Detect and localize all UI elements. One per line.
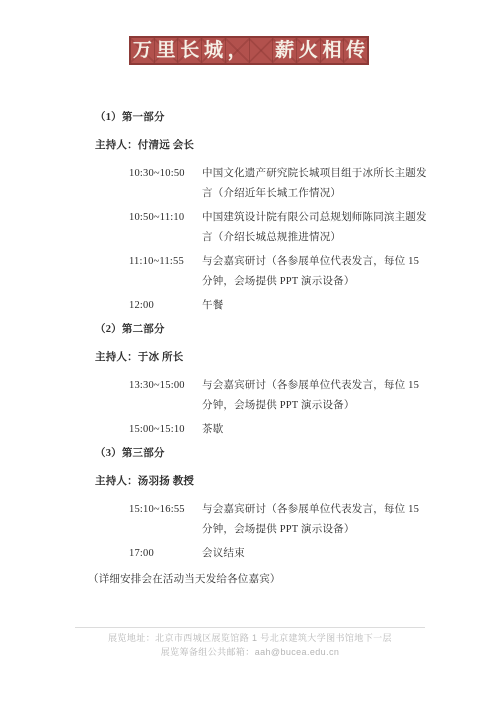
footer-divider — [75, 627, 425, 628]
item-desc: 与会嘉宾研讨（各参展单位代表发言，每位 15 分钟，会场提供 PPT 演示设备） — [202, 252, 432, 292]
banner-grid-cell: 万 — [131, 38, 155, 63]
section-items: 13:30~15:00 与会嘉宾研讨（各参展单位代表发言，每位 15 分钟，会场… — [95, 376, 435, 440]
section-items: 10:30~10:50 中国文化遗产研究院长城项目组于冰所长主题发言（介绍近年长… — [95, 164, 435, 316]
banner-character: 长 — [180, 38, 199, 63]
section-heading: （3）第三部分 — [95, 444, 435, 464]
section-items: 15:10~16:55 与会嘉宾研讨（各参展单位代表发言，每位 15 分钟，会场… — [95, 500, 435, 564]
item-time: 15:10~16:55 — [129, 500, 202, 540]
agenda-item: 11:10~11:55 与会嘉宾研讨（各参展单位代表发言，每位 15 分钟，会场… — [129, 252, 435, 292]
banner-grid-cell — [250, 38, 274, 63]
banner-character: ， — [228, 38, 247, 63]
agenda-section: （3）第三部分 主持人：汤羽扬 教授 15:10~16:55 与会嘉宾研讨（各参… — [95, 444, 435, 564]
banner-character: 里 — [157, 38, 176, 63]
agenda-item: 12:00 午餐 — [129, 296, 435, 316]
banner-character: 传 — [346, 38, 365, 63]
item-desc: 会议结束 — [202, 544, 432, 564]
host-line: 主持人：汤羽扬 教授 — [95, 472, 435, 492]
banner-grid-cell: 火 — [297, 38, 321, 63]
item-desc: 中国建筑设计院有限公司总规划师陈同滨主题发言（介绍长城总规推进情况） — [202, 208, 432, 248]
agenda-item: 10:30~10:50 中国文化遗产研究院长城项目组于冰所长主题发言（介绍近年长… — [129, 164, 435, 204]
section-heading: （2）第二部分 — [95, 320, 435, 340]
host-line: 主持人：付清远 会长 — [95, 136, 435, 156]
item-desc: 与会嘉宾研讨（各参展单位代表发言，每位 15 分钟，会场提供 PPT 演示设备） — [202, 500, 432, 540]
item-time: 11:10~11:55 — [129, 252, 202, 292]
banner-character: 薪 — [275, 38, 294, 63]
banner-grid-cell: 相 — [321, 38, 345, 63]
item-desc: 茶歇 — [202, 420, 432, 440]
agenda-item: 15:10~16:55 与会嘉宾研讨（各参展单位代表发言，每位 15 分钟，会场… — [129, 500, 435, 540]
item-time: 13:30~15:00 — [129, 376, 202, 416]
banner-grid-cell: 里 — [155, 38, 179, 63]
section-heading: （1）第一部分 — [95, 108, 435, 128]
item-desc: 与会嘉宾研讨（各参展单位代表发言，每位 15 分钟，会场提供 PPT 演示设备） — [202, 376, 432, 416]
banner-grid-cell: 长 — [178, 38, 202, 63]
item-time: 10:50~11:10 — [129, 208, 202, 248]
item-time: 12:00 — [129, 296, 202, 316]
item-time: 17:00 — [129, 544, 202, 564]
item-desc: 中国文化遗产研究院长城项目组于冰所长主题发言（介绍近年长城工作情况） — [202, 164, 432, 204]
banner-character: 城 — [204, 38, 223, 63]
agenda-item: 17:00 会议结束 — [129, 544, 435, 564]
calligraphy-banner: 万里长城，薪火相传 — [129, 36, 369, 65]
agenda-item: 13:30~15:00 与会嘉宾研讨（各参展单位代表发言，每位 15 分钟，会场… — [129, 376, 435, 416]
banner-grid-cell: 城 — [202, 38, 226, 63]
banner-grid-cell: ， — [226, 38, 250, 63]
document-page: 万里长城，薪火相传 （1）第一部分 主持人：付清远 会长 10:30~10:50… — [0, 0, 500, 707]
item-time: 15:00~15:10 — [129, 420, 202, 440]
agenda-section: （2）第二部分 主持人：于冰 所长 13:30~15:00 与会嘉宾研讨（各参展… — [95, 320, 435, 440]
footer-email: 展览筹备组公共邮箱：aah@bucea.edu.cn — [0, 646, 500, 660]
banner-grid-cell: 薪 — [273, 38, 297, 63]
item-time: 10:30~10:50 — [129, 164, 202, 204]
footer: 展览地址：北京市西城区展览馆路 1 号北京建筑大学图书馆地下一层 展览筹备组公共… — [0, 627, 500, 659]
item-desc: 午餐 — [202, 296, 432, 316]
banner-character: 相 — [322, 38, 341, 63]
banner-grid-cell: 传 — [344, 38, 367, 63]
footer-address: 展览地址：北京市西城区展览馆路 1 号北京建筑大学图书馆地下一层 — [0, 632, 500, 646]
host-line: 主持人：于冰 所长 — [95, 348, 435, 368]
closing-note: （详细安排会在活动当天发给各位嘉宾） — [88, 570, 435, 590]
banner-character: 万 — [133, 38, 152, 63]
agenda: （1）第一部分 主持人：付清远 会长 10:30~10:50 中国文化遗产研究院… — [95, 108, 435, 590]
agenda-item: 10:50~11:10 中国建筑设计院有限公司总规划师陈同滨主题发言（介绍长城总… — [129, 208, 435, 248]
agenda-item: 15:00~15:10 茶歇 — [129, 420, 435, 440]
banner-character: 火 — [299, 38, 318, 63]
agenda-section: （1）第一部分 主持人：付清远 会长 10:30~10:50 中国文化遗产研究院… — [95, 108, 435, 316]
